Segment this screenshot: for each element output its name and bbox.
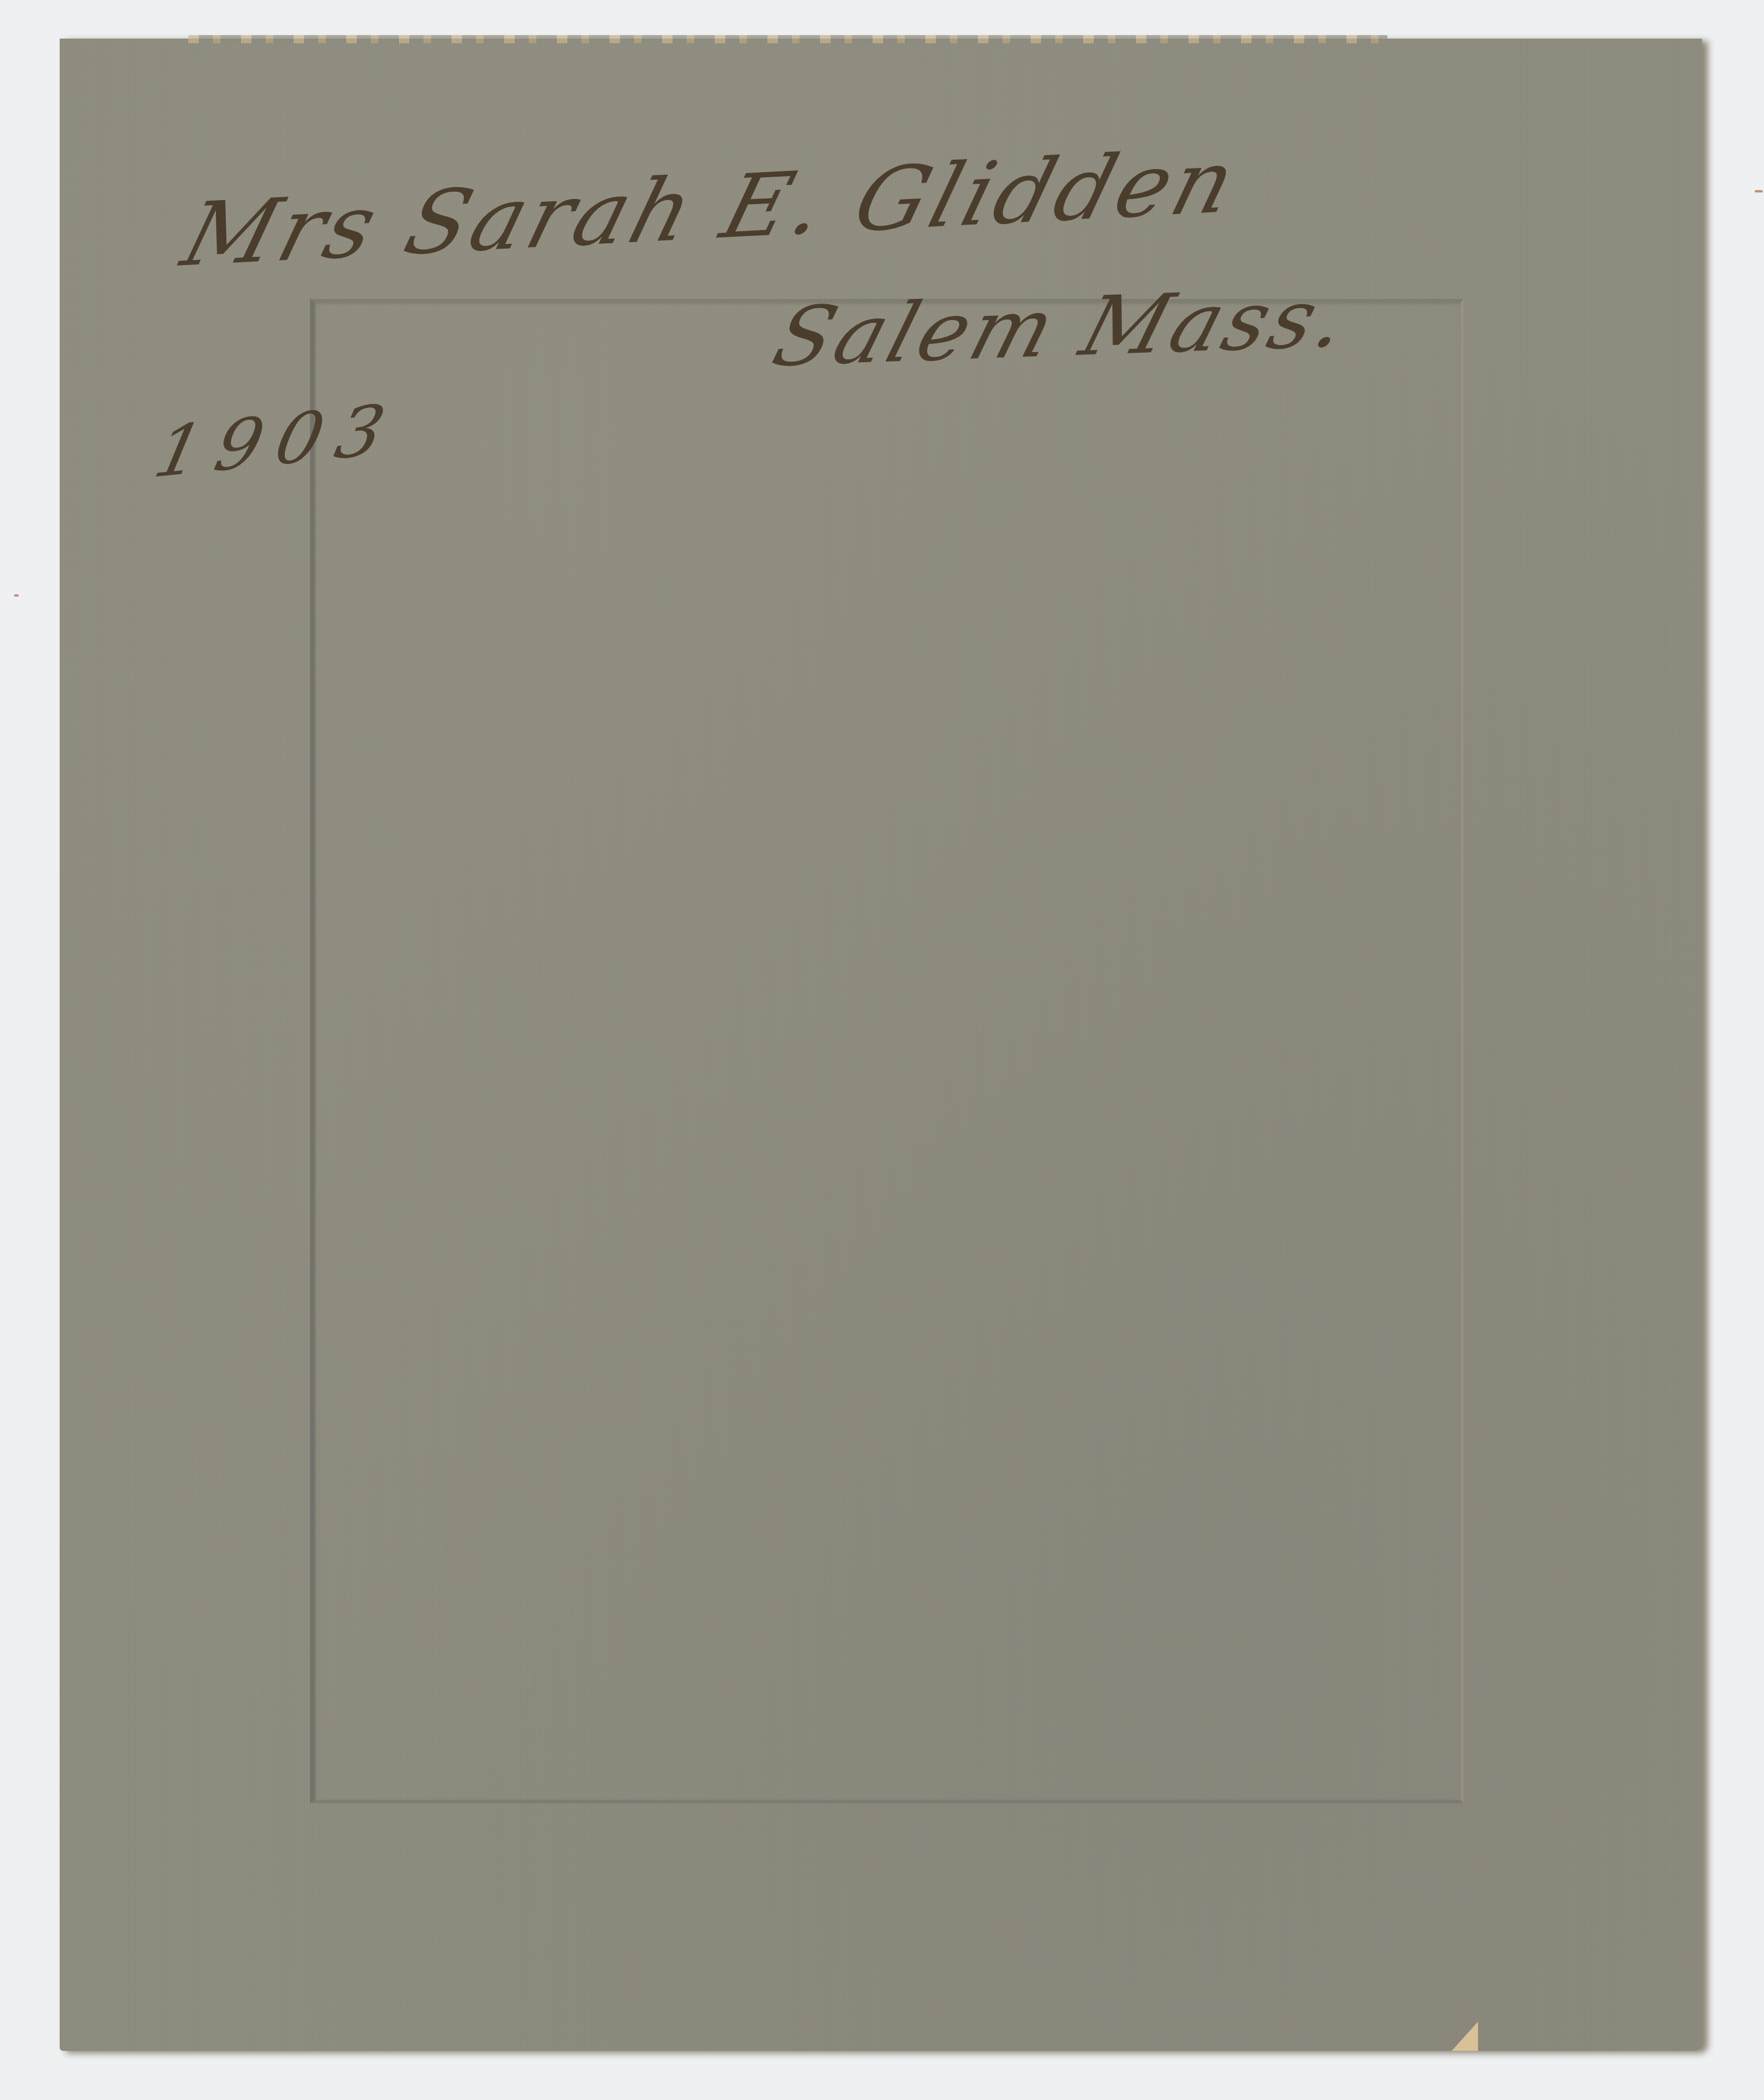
- scan-speck: [14, 594, 19, 597]
- chipped-corner: [1452, 2022, 1478, 2051]
- photo-card-back: Mrs Sarah E. Glidden Salem Mass. 1903: [60, 39, 1702, 2051]
- inscription-name: Mrs Sarah E. Glidden: [173, 131, 1249, 287]
- embossed-photo-frame: [310, 299, 1463, 1803]
- scan-speck: [1755, 190, 1763, 192]
- torn-top-edge: [188, 35, 1387, 43]
